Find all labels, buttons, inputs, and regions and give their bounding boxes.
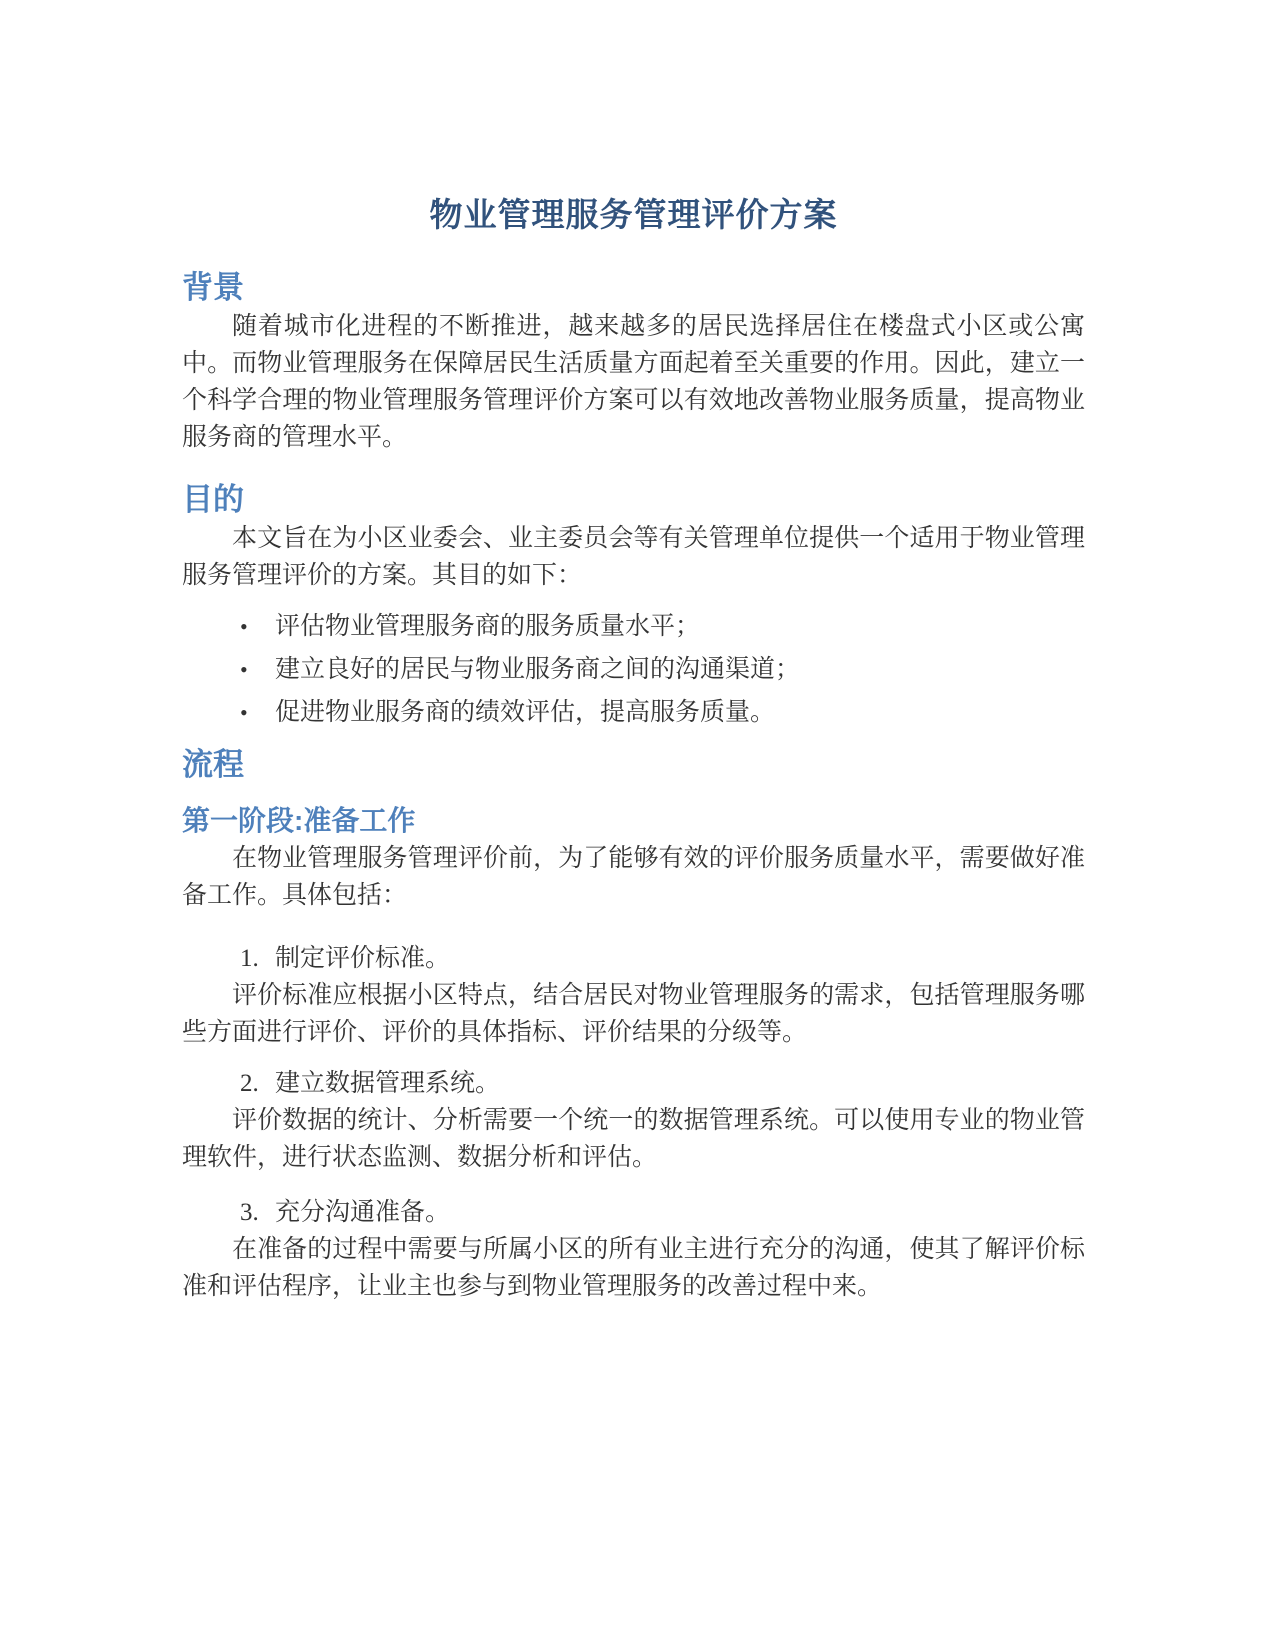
list-item-text: 评估物业管理服务商的服务质量水平；	[275, 613, 700, 640]
bullet-icon: •	[240, 651, 275, 688]
document-page: 物业管理服务管理评价方案 背景 随着城市化进程的不断推进，越来越多的居民选择居住…	[0, 0, 1275, 1650]
list-item: •建立良好的居民与物业服务商之间的沟通渠道；	[182, 651, 1085, 688]
numbered-step: 2.建立数据管理系统。	[182, 1065, 1085, 1102]
list-item: •评估物业管理服务商的服务质量水平；	[182, 608, 1085, 645]
step-detail-paragraph: 评价标准应根据小区特点，结合居民对物业管理服务的需求，包括管理服务哪些方面进行评…	[182, 977, 1085, 1051]
heading-background: 背景	[182, 268, 1085, 308]
step-number: 1.	[240, 940, 275, 977]
background-paragraph: 随着城市化进程的不断推进，越来越多的居民选择居住在楼盘式小区或公寓中。而物业管理…	[182, 308, 1085, 456]
step-title: 充分沟通准备。	[275, 1199, 450, 1226]
step-number: 2.	[240, 1065, 275, 1102]
document-title: 物业管理服务管理评价方案	[182, 192, 1085, 238]
purpose-bullet-list: •评估物业管理服务商的服务质量水平； •建立良好的居民与物业服务商之间的沟通渠道…	[182, 608, 1085, 731]
document-content: 物业管理服务管理评价方案 背景 随着城市化进程的不断推进，越来越多的居民选择居住…	[0, 0, 1275, 1305]
numbered-step: 3.充分沟通准备。	[182, 1194, 1085, 1231]
step-number: 3.	[240, 1194, 275, 1231]
list-item-text: 建立良好的居民与物业服务商之间的沟通渠道；	[275, 656, 800, 683]
phase1-intro-paragraph: 在物业管理服务管理评价前，为了能够有效的评价服务质量水平，需要做好准备工作。具体…	[182, 840, 1085, 914]
purpose-intro-paragraph: 本文旨在为小区业委会、业主委员会等有关管理单位提供一个适用于物业管理服务管理评价…	[182, 520, 1085, 594]
step-detail-paragraph: 评价数据的统计、分析需要一个统一的数据管理系统。可以使用专业的物业管理软件，进行…	[182, 1102, 1085, 1176]
step-title: 制定评价标准。	[275, 945, 450, 972]
heading-phase1: 第一阶段:准备工作	[182, 802, 1085, 840]
step-detail-paragraph: 在准备的过程中需要与所属小区的所有业主进行充分的沟通，使其了解评价标准和评估程序…	[182, 1231, 1085, 1305]
numbered-step: 1.制定评价标准。	[182, 940, 1085, 977]
heading-process: 流程	[182, 745, 1085, 785]
heading-purpose: 目的	[182, 480, 1085, 520]
bullet-icon: •	[240, 694, 275, 731]
list-item-text: 促进物业服务商的绩效评估，提高服务质量。	[275, 699, 775, 726]
step-title: 建立数据管理系统。	[275, 1070, 500, 1097]
bullet-icon: •	[240, 608, 275, 645]
list-item: •促进物业服务商的绩效评估，提高服务质量。	[182, 694, 1085, 731]
